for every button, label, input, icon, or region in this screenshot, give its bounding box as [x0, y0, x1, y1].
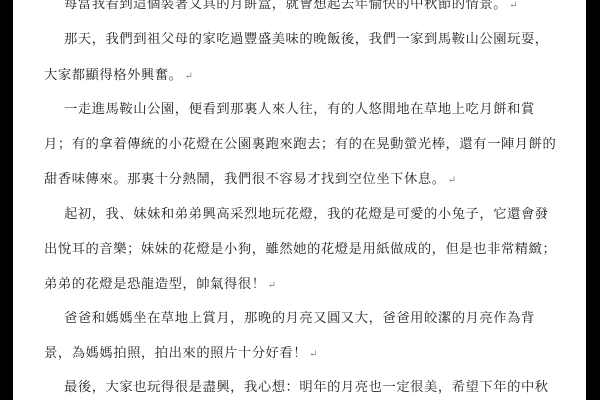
text-line: 景，為媽媽拍照，拍出來的照片十分好看！↵: [44, 346, 318, 363]
text-line: 甜香味傳來。那裏十分熱鬧，我們很不容易才找到空位坐下休息。↵: [44, 172, 457, 189]
line-text: 每當我看到這個裝著文具的月餅盒，就會想起去年愉快的中秋節的情景。: [64, 0, 507, 12]
text-line: 那天，我們到祖父母的家吃過豐盛美味的晚飯後，我們一家到馬鞍山公園玩耍，: [64, 32, 549, 48]
line-text: 一走進馬鞍山公園，便看到那裏人來人往，有的人悠閒地在草地上吃月餅和賞: [64, 102, 535, 117]
document-page[interactable]: 每當我看到這個裝著文具的月餅盒，就會想起去年愉快的中秋節的情景。↵ 那天，我們到…: [13, 0, 586, 400]
text-line: 月；有的拿着傳統的小花燈在公園裏跑來跑去；有的在晃動螢光棒，還有一陣月餅的: [44, 137, 556, 153]
line-text: 出悅耳的音樂；妹妹的花燈是小狗，雖然她的花燈是用紙做成的，但是也非常精緻；: [44, 242, 556, 257]
line-text: 甜香味傳來。那裏十分熱鬧，我們很不容易才找到空位坐下休息。: [44, 172, 446, 187]
text-line: 出悅耳的音樂；妹妹的花燈是小狗，雖然她的花燈是用紙做成的，但是也非常精緻；: [44, 242, 556, 258]
line-text: 景，為媽媽拍照，拍出來的照片十分好看！: [44, 346, 307, 361]
text-line: 最後，大家也玩得很是盡興，我心想：明年的月亮也一定很美，希望下年的中秋: [64, 380, 549, 396]
line-text: 月；有的拿着傳統的小花燈在公園裏跑來跑去；有的在晃動螢光棒，還有一陣月餅的: [44, 137, 556, 152]
line-text: 爸爸和媽媽坐在草地上賞月，那晚的月亮又圓又大，爸爸用皎潔的月亮作為背: [64, 311, 535, 326]
text-line: 每當我看到這個裝著文具的月餅盒，就會想起去年愉快的中秋節的情景。↵: [64, 0, 518, 14]
line-text: 大家都顯得格外興奮。: [44, 68, 182, 83]
paragraph-mark-icon: ↵: [309, 349, 318, 360]
paragraph-mark-icon: ↵: [448, 175, 457, 186]
line-text: 弟弟的花燈是恐龍造型，帥氣得很！: [44, 277, 266, 292]
text-line: 大家都顯得格外興奮。↵: [44, 68, 193, 85]
paragraph-mark-icon: ↵: [268, 280, 277, 291]
paragraph-mark-icon: ↵: [184, 71, 193, 82]
text-line: 起初，我、妹妹和弟弟興高采烈地玩花燈，我的花燈是可愛的小兔子，它還會發: [64, 207, 549, 223]
text-line: 弟弟的花燈是恐龍造型，帥氣得很！↵: [44, 277, 277, 294]
paragraph-mark-icon: ↵: [509, 0, 518, 11]
line-text: 那天，我們到祖父母的家吃過豐盛美味的晚飯後，我們一家到馬鞍山公園玩耍，: [64, 32, 549, 47]
text-line: 爸爸和媽媽坐在草地上賞月，那晚的月亮又圓又大，爸爸用皎潔的月亮作為背: [64, 311, 535, 327]
line-text: 起初，我、妹妹和弟弟興高采烈地玩花燈，我的花燈是可愛的小兔子，它還會發: [64, 207, 549, 222]
line-text: 最後，大家也玩得很是盡興，我心想：明年的月亮也一定很美，希望下年的中秋: [64, 380, 549, 395]
text-line: 一走進馬鞍山公園，便看到那裏人來人往，有的人悠閒地在草地上吃月餅和賞: [64, 102, 535, 118]
